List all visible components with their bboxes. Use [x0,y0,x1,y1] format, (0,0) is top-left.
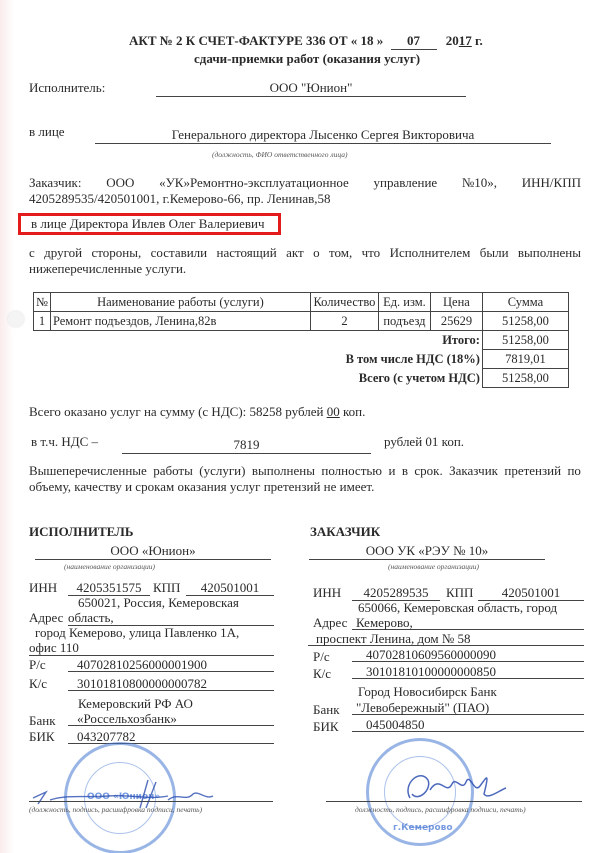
right-party-org-hint: (наименование организации) [388,562,479,571]
right-bik-label: БИК [313,719,339,735]
summary-total-amount: 58258 [250,404,283,419]
left-bank-label: Банк [29,713,56,729]
executor-in-person-value: Генерального директора Лысенко Сергея Ви… [95,127,551,144]
left-rs-label: Р/с [29,657,46,673]
right-bik: 045004850 [352,717,584,732]
left-addr-line-2: область, [68,610,274,626]
summary-total-kop-value: 00 [327,404,340,419]
left-ks: 30101810800000000782 [68,676,274,691]
customer-sign-line [326,800,582,802]
right-kpp: 420501001 [478,585,584,601]
summary-total-rub: рублей [285,404,323,419]
claims-word: по [567,463,580,479]
total-value: 51258,00 [482,331,568,350]
left-inn-label: ИНН [29,580,57,596]
statement-word: с [29,245,35,261]
col-header-price: Цена [430,293,482,312]
total-label: Итого: [34,331,483,350]
customer-in-person: в лице Директора Ивлев Олег Валериевич [31,216,264,232]
col-header-qty: Количество [310,293,378,312]
statement-line-1: с другой стороны, составили настоящий ак… [29,245,581,261]
vat-label: В том числе НДС (18%) [34,350,483,369]
title-year-suffix: 17 [459,33,472,48]
executor-signature [28,770,228,810]
title-text: АКТ № 2 К СЧЕТ-ФАКТУРЕ 336 ОТ « 18 » [129,33,383,48]
right-addr-line-3: проспект Ленина, дом № 58 [308,631,584,646]
customer-text: «УК»Ремонтно-эксплуатационное [159,175,349,191]
customer-text: ИНН/КПП [522,175,581,191]
claims-word: в [402,463,408,479]
title-month: 07 [391,33,437,50]
vat-suffix: рублей 01 коп. [384,434,464,450]
statement-line-2: нижеперечисленные услуги. [29,261,186,277]
document-title: АКТ № 2 К СЧЕТ-ФАКТУРЕ 336 ОТ « 18 » 07 … [129,33,483,50]
summary-total-prefix: Всего оказано услуг на сумму (с НДС): [29,404,246,419]
left-kpp: 420501001 [186,580,274,596]
cell-qty: 2 [310,312,378,331]
customer-signature [400,760,510,810]
summary-total-kop: коп. [343,404,365,419]
left-party-org: ООО «Юнион» [35,543,271,560]
claims-word: претензий [504,463,561,479]
title-year-unit: г. [475,33,483,48]
claims-word: и [388,463,395,479]
total-row: Итого: 51258,00 [34,331,569,350]
left-bik-label: БИК [29,729,55,745]
title-year-prefix: 20 [446,33,459,48]
customer-line-1: Заказчик: ООО «УК»Ремонтно-эксплуатацион… [29,175,581,191]
claims-word: выполнены [252,463,315,479]
vat-row: В том числе НДС (18%) 7819,01 [34,350,569,369]
document-subtitle: сдачи-приемки работ (оказания услуг) [194,51,420,67]
left-rs: 40702810256000001900 [68,657,274,672]
grand-total-label: Всего (с учетом НДС) [34,369,483,388]
executor-sign-line [29,800,273,802]
claims-word: работы [153,463,193,479]
customer-line-2: 4205289535/420501001, г.Кемерово-66, пр.… [29,191,331,207]
col-header-sum: Сумма [482,293,568,312]
statement-word: другой [44,245,82,261]
cell-price: 25629 [430,312,482,331]
claims-word: срок. [414,463,442,479]
left-bank-line-2: «Россельхозбанк» [68,711,274,726]
customer-text: управление [374,175,438,191]
left-addr-line-4: офис 110 [29,640,274,656]
executor-name: ООО "Юнион" [156,80,466,97]
left-ks-label: К/с [29,676,47,692]
right-party-org: ООО УК «РЭУ № 10» [309,543,545,560]
right-kpp-label: КПП [446,585,473,601]
left-addr-line-1: 650021, Россия, Кемеровская [78,595,239,611]
col-header-name: Наименование работы (услуги) [50,293,310,312]
grand-total-value: 51258,00 [482,369,568,388]
right-rs-label: Р/с [313,649,330,665]
right-bank-line-1: Город Новосибирск Банк [358,684,497,700]
scan-edge-tint [0,0,14,853]
summary-total-line: Всего оказано услуг на сумму (с НДС): 58… [29,404,365,420]
claims-word: Вышеперечисленные [29,463,147,479]
statement-word: что [362,245,381,261]
services-table: № Наименование работы (услуги) Количеств… [33,292,569,388]
table-row: 1 Ремонт подъездов, Ленина,82в 2 подъезд… [34,312,569,331]
left-addr-line-3: город Кемерово, улица Павленко 1А, [35,625,239,641]
right-ks: 30101810100000000850 [352,664,584,679]
right-bank-line-2: "Левобережный" (ПАО) [352,700,584,715]
right-rs: 40702810609560000090 [352,647,584,662]
right-bank-label: Банк [313,702,340,718]
statement-word: акт [286,245,304,261]
table-header-row: № Наименование работы (услуги) Количеств… [34,293,569,312]
vat-prefix: в т.ч. НДС – [31,434,98,450]
claims-word: Заказчик [449,463,498,479]
right-ks-label: К/с [313,666,331,682]
customer-stamp-text: г.Кемерово [393,823,453,833]
statement-word: были [480,245,509,261]
col-header-num: № [34,293,51,312]
claims-line-1: Вышеперечисленные работы (услуги) выполн… [29,463,581,479]
right-addr-line-2: Кемерово, [352,615,584,630]
left-inn: 4205351575 [68,580,150,596]
claims-line-2: объему, качеству и срокам оказания услуг… [29,479,374,495]
left-party-org-hint: (наименование организации) [64,562,155,571]
statement-word: Исполнителем [390,245,471,261]
executor-sign-hint: (должность, подпись, расшифровка подписи… [29,805,202,814]
statement-word: настоящий [217,245,277,261]
left-addr-label: Адрес [29,610,63,626]
col-header-unit: Ед. изм. [378,293,430,312]
claims-word: (услуги) [199,463,245,479]
statement-word: том, [329,245,352,261]
claims-word: полностью [321,463,382,479]
executor-label: Исполнитель: [29,80,105,96]
vat-amount: 7819 [122,437,371,454]
grand-total-row: Всего (с учетом НДС) 51258,00 [34,369,569,388]
punch-hole [8,311,24,327]
statement-word: составили [151,245,208,261]
customer-sign-hint: должность, подпись, расшифровка подписи,… [355,805,526,814]
right-addr-line-1: 650066, Кемеровская область, город [358,600,557,616]
left-bank-line-1: Кемеровский РФ АО [78,696,193,712]
customer-text: №10», [462,175,497,191]
customer-label: Заказчик: [29,175,81,191]
cell-sum: 51258,00 [482,312,568,331]
cell-num: 1 [34,312,51,331]
cell-unit: подъезд [378,312,430,331]
vat-value: 7819,01 [482,350,568,369]
right-party-heading: ЗАКАЗЧИК [310,524,380,540]
left-kpp-label: КПП [153,580,180,596]
executor-in-person-hint: (должность, ФИО ответственного лица) [212,150,347,159]
left-party-heading: ИСПОЛНИТЕЛЬ [29,524,133,540]
customer-text: ООО [106,175,134,191]
statement-word: выполнены [518,245,581,261]
left-bik: 043207782 [68,729,274,744]
executor-in-person-label: в лице [29,124,65,140]
statement-word: о [313,245,320,261]
cell-name: Ремонт подъездов, Ленина,82в [50,312,310,331]
right-addr-label: Адрес [313,615,347,631]
right-inn-label: ИНН [313,585,341,601]
statement-word: стороны, [91,245,141,261]
right-inn: 4205289535 [352,585,440,601]
